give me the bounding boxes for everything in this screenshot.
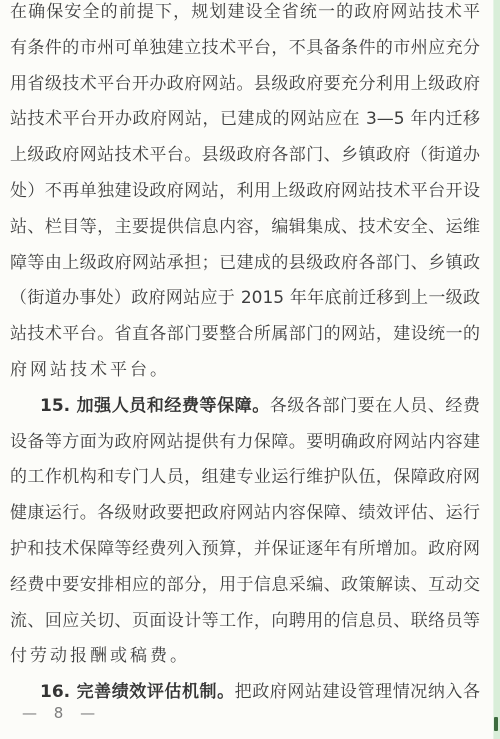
line-text: 站技术平台。省直各部门要整合所属部门的网站，建设统一的政: [10, 324, 480, 353]
text-line: 站、栏目等，主要提供信息内容，编辑集成、技术安全、运维保: [10, 210, 480, 246]
line-text: 付劳动报酬或稿费。: [10, 646, 190, 666]
text-line: 障等由上级政府网站承担；已建成的县级政府各部门、乡镇政府: [10, 246, 480, 282]
text-line: 站技术平台。省直各部门要整合所属部门的网站，建设统一的政: [10, 317, 480, 353]
line-text: 流、回应关切、页面设计等工作，向聘用的信息员、联络员等支: [10, 611, 480, 640]
text-line: 上级政府网站技术平台。县级政府各部门、乡镇政府（街道办事: [10, 138, 480, 174]
scan-edge-strip: [493, 0, 500, 739]
text-line: 的工作机构和专门人员，组建专业运行维护队伍，保障政府网站: [10, 460, 480, 496]
line-text: 有条件的市州可单独建立技术平台，不具备条件的市州应充分利: [10, 38, 480, 67]
line-text: 站、栏目等，主要提供信息内容，编辑集成、技术安全、运维保: [10, 217, 480, 246]
line-text: 站技术平台开办政府网站，已建成的网站应在 3—5 年内迁移到: [10, 109, 480, 138]
scanned-document-page: 在确保安全的前提下，规划建设全省统一的政府网站技术平台。 有条件的市州可单独建立…: [0, 0, 500, 739]
text-line: 在确保安全的前提下，规划建设全省统一的政府网站技术平台。: [10, 0, 480, 31]
scan-corner-artifact: [494, 717, 498, 731]
text-line: 设备等方面为政府网站提供有力保障。要明确政府网站内容建设: [10, 425, 480, 461]
paragraph-last-line: 府网站技术平台。: [10, 353, 480, 389]
line-text: 障等由上级政府网站承担；已建成的县级政府各部门、乡镇政府: [10, 253, 480, 282]
text-line: 用省级技术平台开办政府网站。县级政府要充分利用上级政府网: [10, 67, 480, 103]
line-text: 设备等方面为政府网站提供有力保障。要明确政府网站内容建设: [10, 432, 480, 461]
line-text: 上级政府网站技术平台。县级政府各部门、乡镇政府（街道办事: [10, 145, 480, 174]
line-text: 护和技术保障等经费列入预算，并保证逐年有所增加。政府网站: [10, 539, 480, 568]
line-text: 处）不再单独建设政府网站，利用上级政府网站技术平台开设子: [10, 181, 480, 210]
text-line: 护和技术保障等经费列入预算，并保证逐年有所增加。政府网站: [10, 532, 480, 568]
text-line: 健康运行。各级财政要把政府网站内容保障、绩效评估、运行维: [10, 496, 480, 532]
text-line: 有条件的市州可单独建立技术平台，不具备条件的市州应充分利: [10, 31, 480, 67]
paragraph-last-line: 付劳动报酬或稿费。: [10, 639, 480, 675]
line-text: 的工作机构和专门人员，组建专业运行维护队伍，保障政府网站: [10, 467, 480, 496]
item-15-heading: 15. 加强人员和经费等保障。: [40, 396, 270, 416]
text-line: 站技术平台开办政府网站，已建成的网站应在 3—5 年内迁移到: [10, 102, 480, 138]
line-text: 在确保安全的前提下，规划建设全省统一的政府网站技术平台。: [10, 2, 480, 31]
document-body: 在确保安全的前提下，规划建设全省统一的政府网站技术平台。 有条件的市州可单独建立…: [10, 0, 480, 711]
line-text: 经费中要安排相应的部分，用于信息采编、政策解读、互动交: [10, 575, 480, 595]
line-text: 用省级技术平台开办政府网站。县级政府要充分利用上级政府网: [10, 74, 480, 103]
text-line: 经费中要安排相应的部分，用于信息采编、政策解读、互动交: [10, 568, 480, 604]
item-15-first-line: 15. 加强人员和经费等保障。各级各部门要在人员、经费和: [10, 389, 480, 425]
text-line: 流、回应关切、页面设计等工作，向聘用的信息员、联络员等支: [10, 604, 480, 640]
line-text: 府网站技术平台。: [10, 360, 170, 380]
text-line: 处）不再单独建设政府网站，利用上级政府网站技术平台开设子: [10, 174, 480, 210]
line-text: （街道办事处）政府网站应于 2015 年年底前迁移到上一级政府网: [10, 288, 480, 317]
item-16-heading: 16. 完善绩效评估机制。: [40, 682, 235, 702]
line-text: 健康运行。各级财政要把政府网站内容保障、绩效评估、运行维: [10, 503, 480, 532]
text-line: （街道办事处）政府网站应于 2015 年年底前迁移到上一级政府网: [10, 281, 480, 317]
page-number: — 8 —: [22, 703, 101, 723]
